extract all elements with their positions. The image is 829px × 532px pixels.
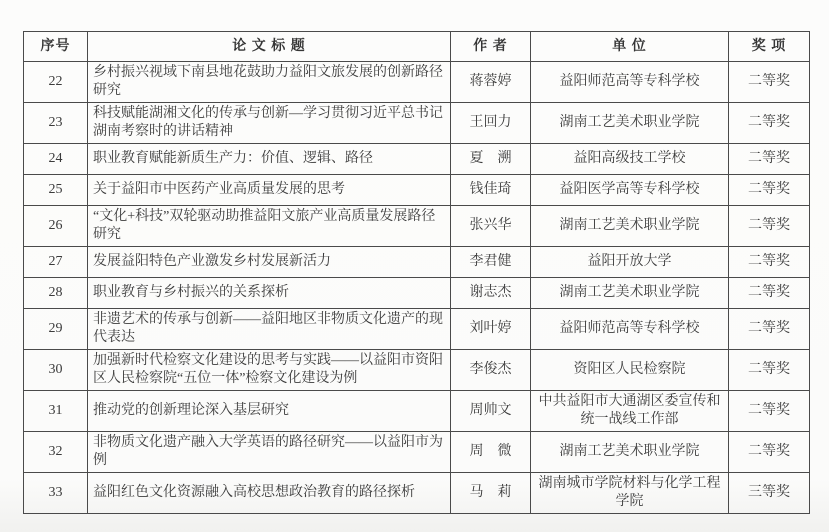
cell-author: 谢志杰	[451, 278, 531, 309]
cell-author: 周 微	[451, 432, 531, 473]
cell-paper-title: 非物质文化遗产融入大学英语的路径研究——以益阳市为例	[88, 432, 451, 473]
table-row: 25 关于益阳市中医药产业高质量发展的思考 钱佳琦 益阳医学高等专科学校 二等奖	[24, 175, 810, 206]
cell-award: 二等奖	[729, 350, 810, 391]
cell-paper-title: “文化+科技”双轮驱动助推益阳文旅产业高质量发展路径研究	[88, 206, 451, 247]
table-row: 29 非遗艺术的传承与创新——益阳地区非物质文化遗产的现代表达 刘叶婷 益阳师范…	[24, 309, 810, 350]
table-row: 24 职业教育赋能新质生产力：价值、逻辑、路径 夏 溯 益阳高级技工学校 二等奖	[24, 144, 810, 175]
cell-author: 张兴华	[451, 206, 531, 247]
document-page: 序号 论 文 标 题 作 者 单 位 奖 项 22 乡村振兴视域下南县地花鼓助力…	[0, 0, 829, 532]
cell-paper-title: 推动党的创新理论深入基层研究	[88, 391, 451, 432]
table-row: 23 科技赋能湖湘文化的传承与创新—学习贯彻习近平总书记湖南考察时的讲话精神 王…	[24, 103, 810, 144]
header-row: 序号 论 文 标 题 作 者 单 位 奖 项	[24, 32, 810, 62]
cell-organization: 益阳师范高等专科学校	[531, 62, 729, 103]
cell-organization: 中共益阳市大通湖区委宣传和统一战线工作部	[531, 391, 729, 432]
cell-award: 二等奖	[729, 144, 810, 175]
cell-paper-title: 加强新时代检察文化建设的思考与实践——以益阳市资阳区人民检察院“五位一体”检察文…	[88, 350, 451, 391]
cell-serial-number: 29	[24, 309, 88, 350]
cell-organization: 益阳高级技工学校	[531, 144, 729, 175]
table-header: 序号 论 文 标 题 作 者 单 位 奖 项	[24, 32, 810, 62]
cell-paper-title: 科技赋能湖湘文化的传承与创新—学习贯彻习近平总书记湖南考察时的讲话精神	[88, 103, 451, 144]
award-table: 序号 论 文 标 题 作 者 单 位 奖 项 22 乡村振兴视域下南县地花鼓助力…	[23, 31, 810, 514]
cell-author: 夏 溯	[451, 144, 531, 175]
cell-author: 李君健	[451, 247, 531, 278]
cell-paper-title: 非遗艺术的传承与创新——益阳地区非物质文化遗产的现代表达	[88, 309, 451, 350]
cell-serial-number: 22	[24, 62, 88, 103]
cell-award: 二等奖	[729, 206, 810, 247]
cell-author: 钱佳琦	[451, 175, 531, 206]
cell-organization: 湖南工艺美术职业学院	[531, 103, 729, 144]
cell-organization: 益阳开放大学	[531, 247, 729, 278]
cell-organization: 湖南城市学院材料与化学工程学院	[531, 473, 729, 514]
cell-serial-number: 24	[24, 144, 88, 175]
cell-serial-number: 30	[24, 350, 88, 391]
header-title: 论 文 标 题	[88, 32, 451, 62]
table-row: 32 非物质文化遗产融入大学英语的路径研究——以益阳市为例 周 微 湖南工艺美术…	[24, 432, 810, 473]
cell-paper-title: 关于益阳市中医药产业高质量发展的思考	[88, 175, 451, 206]
cell-award: 二等奖	[729, 432, 810, 473]
cell-award: 三等奖	[729, 473, 810, 514]
cell-organization: 益阳师范高等专科学校	[531, 309, 729, 350]
cell-organization: 湖南工艺美术职业学院	[531, 432, 729, 473]
cell-award: 二等奖	[729, 247, 810, 278]
cell-serial-number: 32	[24, 432, 88, 473]
cell-author: 马 莉	[451, 473, 531, 514]
cell-author: 刘叶婷	[451, 309, 531, 350]
cell-author: 蒋蓉婷	[451, 62, 531, 103]
header-unit: 单 位	[531, 32, 729, 62]
cell-award: 二等奖	[729, 103, 810, 144]
cell-serial-number: 33	[24, 473, 88, 514]
table-row: 31 推动党的创新理论深入基层研究 周帅文 中共益阳市大通湖区委宣传和统一战线工…	[24, 391, 810, 432]
cell-organization: 资阳区人民检察院	[531, 350, 729, 391]
cell-paper-title: 职业教育赋能新质生产力：价值、逻辑、路径	[88, 144, 451, 175]
table-row: 26 “文化+科技”双轮驱动助推益阳文旅产业高质量发展路径研究 张兴华 湖南工艺…	[24, 206, 810, 247]
header-author: 作 者	[451, 32, 531, 62]
cell-award: 二等奖	[729, 391, 810, 432]
table-row: 30 加强新时代检察文化建设的思考与实践——以益阳市资阳区人民检察院“五位一体”…	[24, 350, 810, 391]
cell-award: 二等奖	[729, 278, 810, 309]
header-award: 奖 项	[729, 32, 810, 62]
table-body: 22 乡村振兴视域下南县地花鼓助力益阳文旅发展的创新路径研究 蒋蓉婷 益阳师范高…	[24, 62, 810, 514]
table-row: 33 益阳红色文化资源融入高校思想政治教育的路径探析 马 莉 湖南城市学院材料与…	[24, 473, 810, 514]
cell-paper-title: 乡村振兴视域下南县地花鼓助力益阳文旅发展的创新路径研究	[88, 62, 451, 103]
header-index: 序号	[24, 32, 88, 62]
cell-serial-number: 28	[24, 278, 88, 309]
cell-serial-number: 26	[24, 206, 88, 247]
cell-award: 二等奖	[729, 62, 810, 103]
cell-organization: 湖南工艺美术职业学院	[531, 206, 729, 247]
cell-serial-number: 27	[24, 247, 88, 278]
cell-serial-number: 25	[24, 175, 88, 206]
cell-award: 二等奖	[729, 309, 810, 350]
cell-paper-title: 发展益阳特色产业激发乡村发展新活力	[88, 247, 451, 278]
cell-paper-title: 益阳红色文化资源融入高校思想政治教育的路径探析	[88, 473, 451, 514]
cell-author: 周帅文	[451, 391, 531, 432]
table-row: 22 乡村振兴视域下南县地花鼓助力益阳文旅发展的创新路径研究 蒋蓉婷 益阳师范高…	[24, 62, 810, 103]
cell-organization: 益阳医学高等专科学校	[531, 175, 729, 206]
cell-paper-title: 职业教育与乡村振兴的关系探析	[88, 278, 451, 309]
table-row: 27 发展益阳特色产业激发乡村发展新活力 李君健 益阳开放大学 二等奖	[24, 247, 810, 278]
cell-author: 王回力	[451, 103, 531, 144]
cell-serial-number: 23	[24, 103, 88, 144]
cell-award: 二等奖	[729, 175, 810, 206]
cell-serial-number: 31	[24, 391, 88, 432]
cell-author: 李俊杰	[451, 350, 531, 391]
cell-organization: 湖南工艺美术职业学院	[531, 278, 729, 309]
table-row: 28 职业教育与乡村振兴的关系探析 谢志杰 湖南工艺美术职业学院 二等奖	[24, 278, 810, 309]
